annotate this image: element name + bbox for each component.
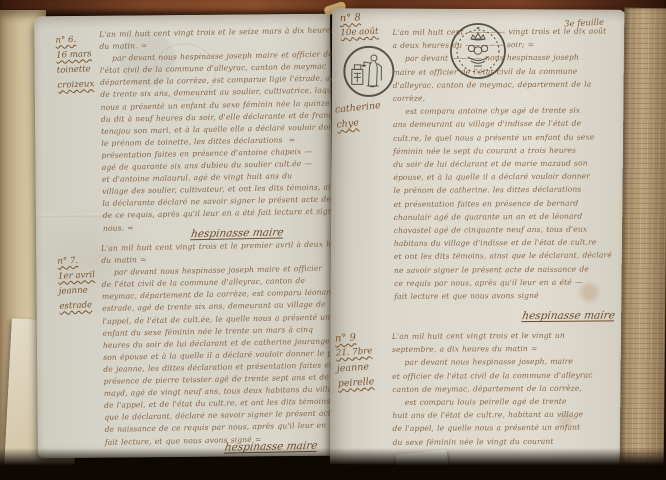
margin-note-entry-6: n° 6. 16 mars toinette croizeux: [55, 32, 94, 94]
fore-edge-page-stack: [620, 8, 666, 474]
birth-act-entry-8: L'an mil huit cent ————— vingt trois et …: [392, 24, 626, 324]
entry-lines: L'an mil huit cent vingt trois et le pre…: [101, 239, 333, 449]
margin-note-entry-8: n° 8 10e août: [339, 9, 378, 41]
entry-number: n° 6.: [55, 32, 92, 49]
entry-lines: L'an mil huit cent vingt trois et le sei…: [99, 25, 331, 235]
entry-lines: L'an mil huit cent vingt trois et le vin…: [392, 328, 625, 448]
margin-note-entry-7: n° 7. 1er avril jeanne estrade: [57, 253, 97, 315]
entry-name-last: peirelle: [337, 374, 375, 391]
entry-date: 16 mars: [56, 47, 93, 64]
margin-name-entry-8: catherine chye: [334, 98, 383, 132]
entry-name-last: croizeux: [57, 77, 94, 94]
birth-act-entry-7: L'an mil huit cent vingt trois et le pre…: [101, 239, 333, 457]
entry-date: 10e août: [340, 24, 379, 41]
entry-number: n° 7.: [57, 253, 95, 270]
bottom-shadow: [0, 448, 666, 480]
manuscript-line: fait lecture et que nous avons signé: [394, 288, 626, 303]
mayor-signature: hespinasse maire: [521, 310, 616, 323]
entry-lines: L'an mil huit cent ————— vingt trois et …: [392, 24, 626, 303]
page-left: n° 6. 16 mars toinette croizeux L'an mil…: [34, 14, 334, 459]
justice-figure-stamp-icon: [342, 44, 396, 98]
entry-name-first: jeanne: [58, 283, 96, 300]
birth-act-entry-9: L'an mil huit cent vingt trois et le vin…: [392, 328, 625, 448]
entry-name-last: chye: [336, 113, 383, 132]
entry-name-last: estrade: [59, 298, 97, 315]
entry-date: 1er avril: [58, 268, 96, 285]
manuscript-line: du sexe féminin née le vingt du courant: [393, 434, 625, 449]
entry-name-first: toinette: [57, 62, 94, 79]
birth-act-entry-6: L'an mil huit cent vingt trois et le sei…: [99, 25, 331, 243]
manuscript-photo: n° 6. 16 mars toinette croizeux L'an mil…: [0, 0, 666, 480]
margin-note-entry-9: n° 9 21. 7bre jeanne peirelle: [334, 329, 374, 391]
page-right: 3e feuille n° 8 10e août catherine chye: [330, 8, 626, 466]
mayor-signature: hespinasse maire: [190, 226, 284, 240]
